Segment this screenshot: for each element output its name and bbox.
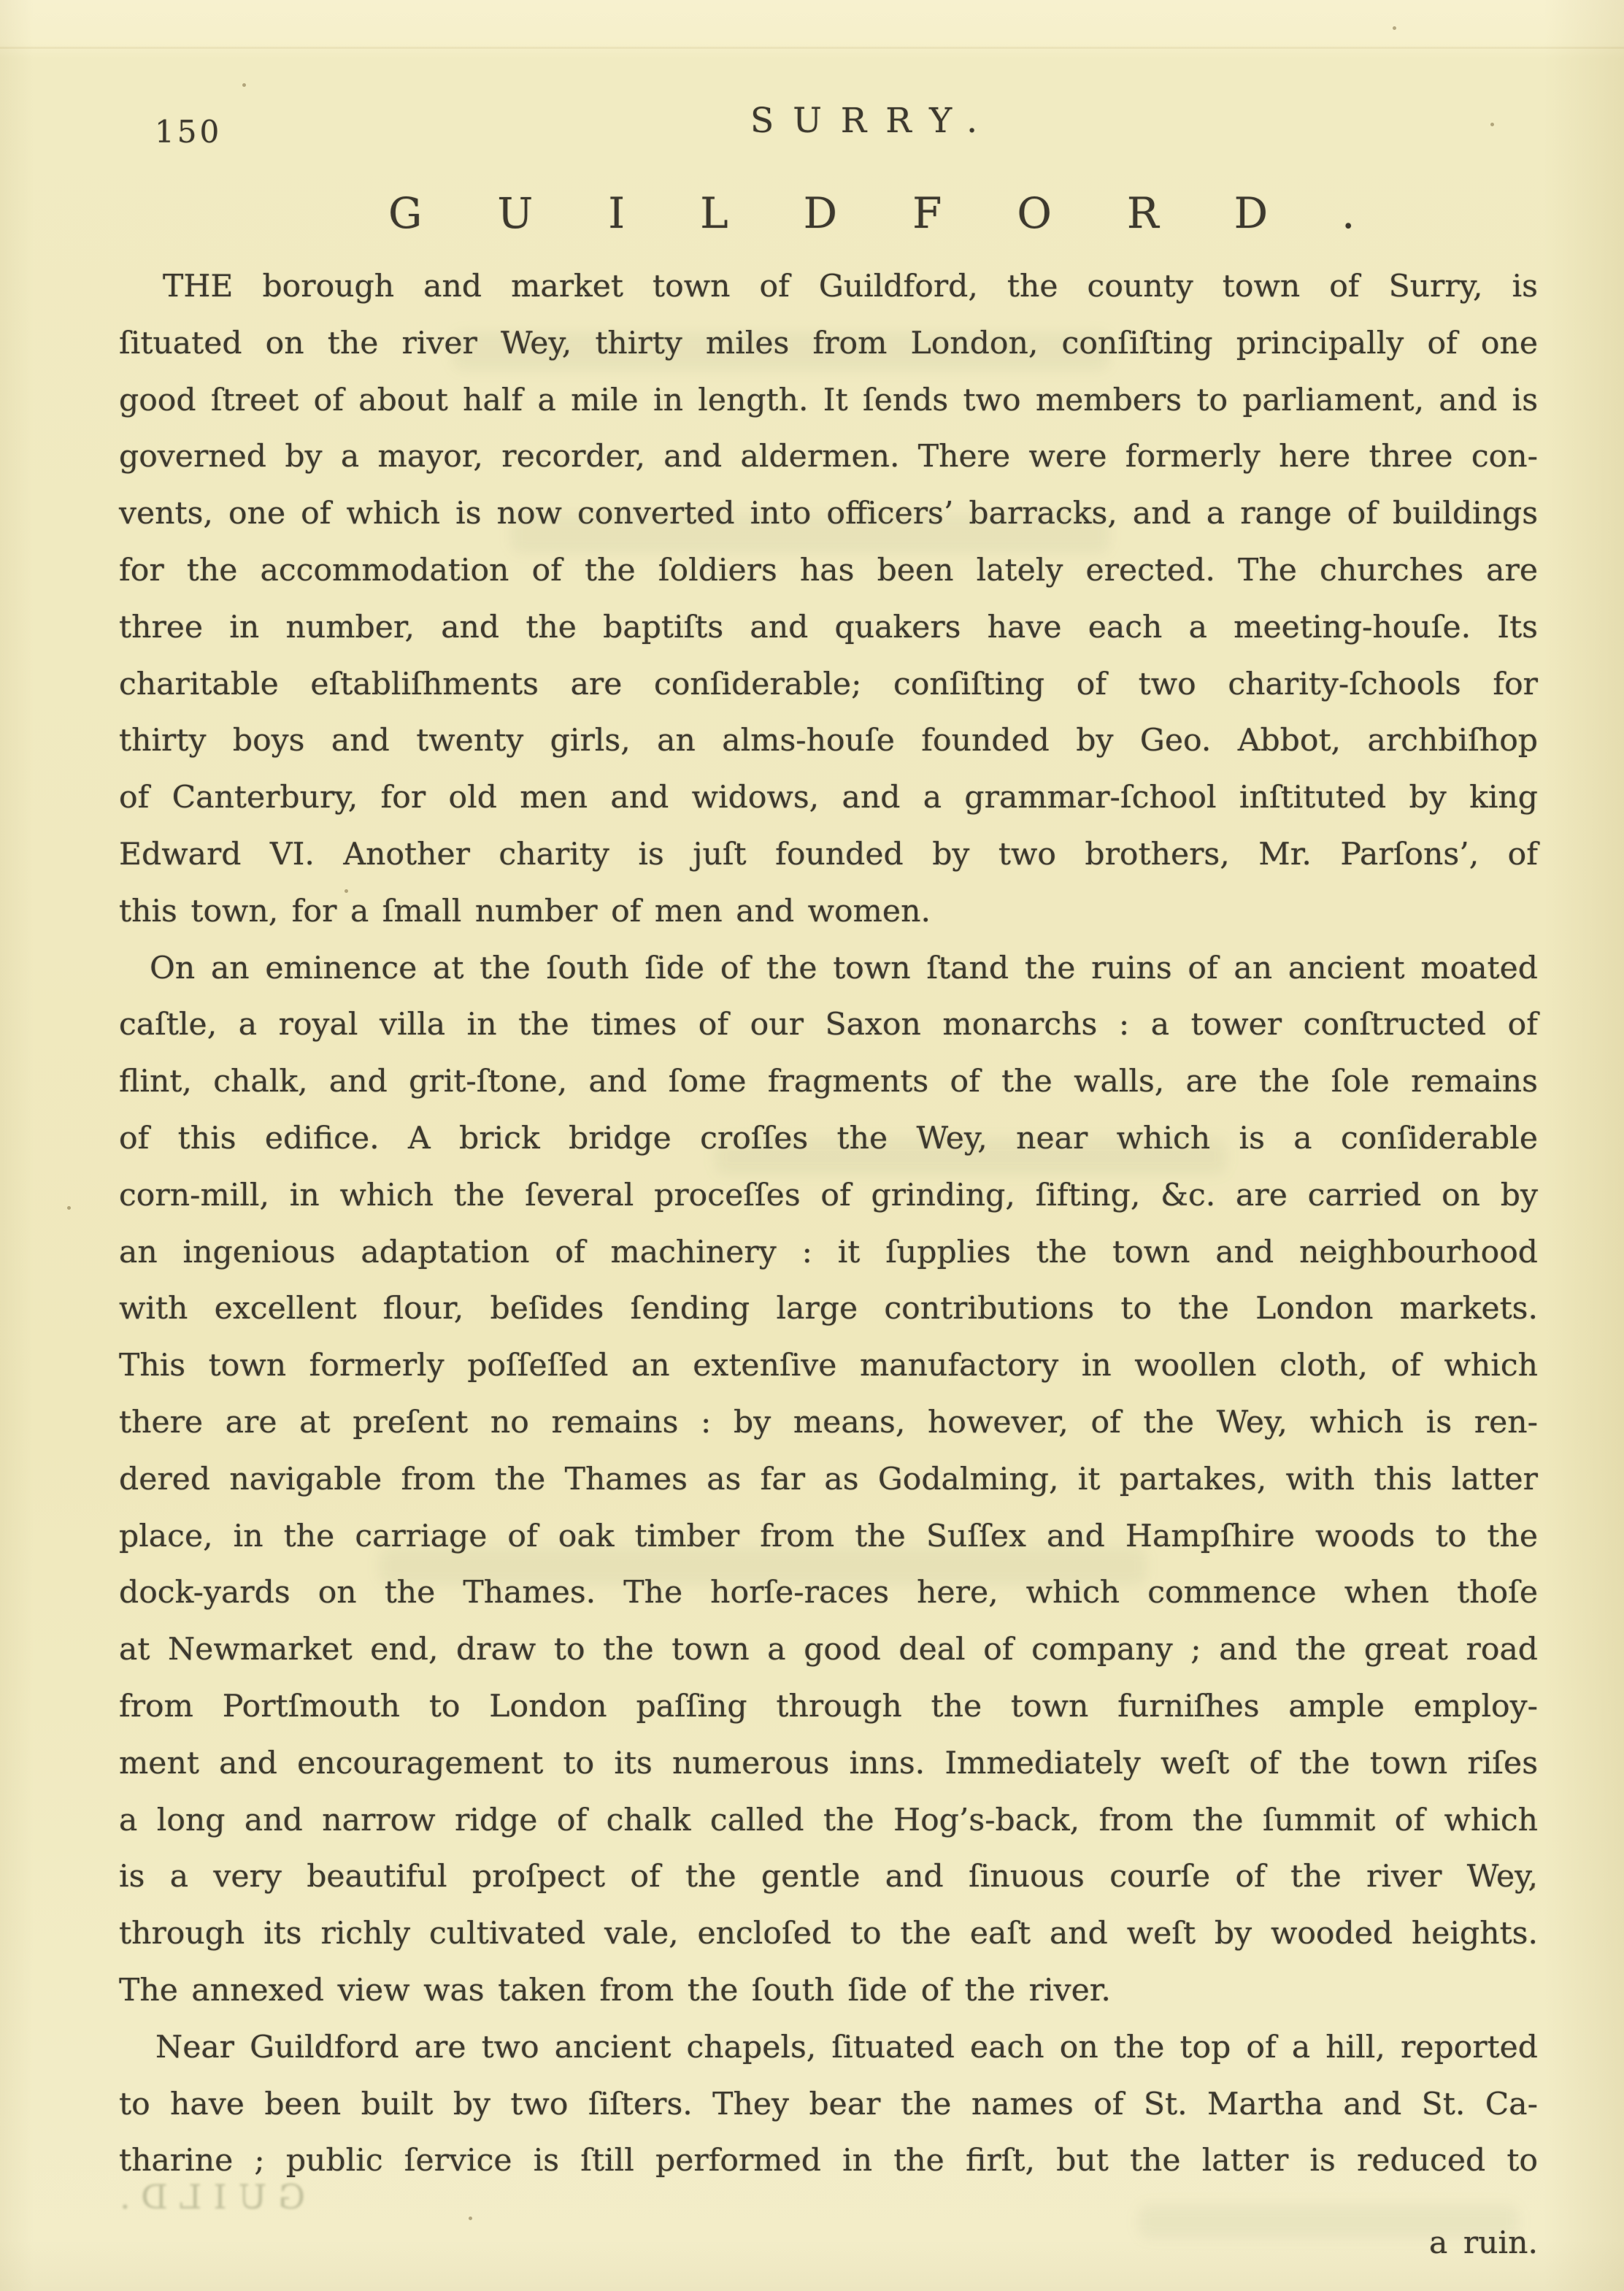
paper-speck [67, 1206, 71, 1210]
text-line: this town, for a ſmall number of men and… [119, 883, 1538, 940]
paper-speck [469, 2217, 472, 2220]
text-line: an ingenious adaptation of machinery : i… [119, 1224, 1538, 1281]
text-line: at Newmarket end, draw to the town a goo… [119, 1622, 1538, 1678]
text-line: vents, one of which is now converted int… [119, 486, 1538, 542]
text-line: corn-mill, in which the ſeveral proceſſe… [119, 1167, 1538, 1224]
text-line: for the accommodation of the ſoldiers ha… [119, 542, 1538, 599]
text-line: tharine ; public ſervice is ſtill perfor… [119, 2133, 1538, 2190]
paper-speck [1531, 1885, 1535, 1889]
text-line: from Portſmouth to London paſſing throug… [119, 1678, 1538, 1735]
text-line: ment and encouragement to its numerous i… [119, 1735, 1538, 1792]
text-line: through its richly cultivated vale, encl… [119, 1906, 1538, 1962]
text-line: This town formerly poſſeſſed an extenſiv… [119, 1338, 1538, 1394]
text-line: of this edifice. A brick bridge croſſes … [119, 1110, 1538, 1167]
text-line: charitable eſtabliſhments are conſiderab… [119, 656, 1538, 713]
text-line: dock-yards on the Thames. The horſe-race… [119, 1565, 1538, 1622]
text-line: to have been built by two ſiſters. They … [119, 2076, 1538, 2133]
catchword: a ruin. [1429, 2215, 1538, 2272]
text-line: three in number, and the baptiſts and qu… [119, 599, 1538, 656]
text-line: Near Guildford are two ancient chapels, … [119, 2019, 1538, 2076]
text-line: ſituated on the river Wey, thirty miles … [119, 315, 1538, 372]
text-line: good ſtreet of about half a mile in leng… [119, 372, 1538, 429]
paper-speck [345, 889, 348, 893]
text-line: The annexed view was taken from the ſout… [119, 1962, 1538, 2019]
text-line: with excellent flour, beſides ſending la… [119, 1281, 1538, 1338]
text-line: there are at preſent no remains : by mea… [119, 1394, 1538, 1451]
text-line: governed by a mayor, recorder, and alder… [119, 429, 1538, 486]
paper-speck [1490, 123, 1494, 126]
paper-speck [1393, 26, 1396, 30]
text-line: thirty boys and twenty girls, an alms-ho… [119, 713, 1538, 770]
paper-speck [242, 83, 246, 87]
book-page-scan: 150 SURRY. GUILDFORD. THE borough and ma… [0, 0, 1624, 2291]
text-line: flint, chalk, and grit-ſtone, and ſome f… [119, 1054, 1538, 1110]
text-line: THE borough and market town of Guildford… [119, 258, 1538, 315]
text-line: caſtle, a royal villa in the times of ou… [119, 997, 1538, 1054]
text-line: dered navigable from the Thames as far a… [119, 1451, 1538, 1508]
body-text: THE borough and market town of Guildford… [0, 0, 1624, 2291]
text-line: a long and narrow ridge of chalk called … [119, 1792, 1538, 1849]
text-line: Edward VI. Another charity is juſt found… [119, 826, 1538, 883]
text-line: is a very beautiful proſpect of the gent… [119, 1849, 1538, 1906]
text-line: place, in the carriage of oak timber fro… [119, 1508, 1538, 1565]
text-line: On an eminence at the ſouth ſide of the … [119, 940, 1538, 997]
paper-speck [775, 1814, 779, 1817]
show-through-text: GUILD. [108, 2177, 305, 2217]
text-line: of Canterbury, for old men and widows, a… [119, 770, 1538, 826]
